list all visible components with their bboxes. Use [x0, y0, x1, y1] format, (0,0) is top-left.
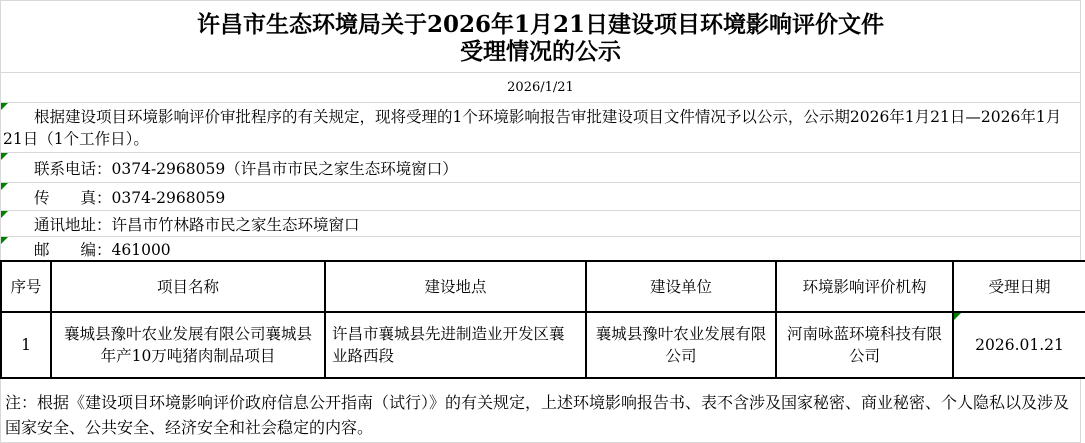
column-header-company: 建设单位 [586, 261, 776, 312]
column-header-location: 建设地点 [325, 261, 586, 312]
page-title: 许昌市生态环境局关于2026年1月21日建设项目环境影响评价文件 受理情况的公示 [1, 1, 1080, 73]
acceptance-date-text: 2026.01.21 [975, 336, 1064, 354]
green-corner-marker-icon [1, 183, 8, 190]
contact-fax-row: 传 真：0374-2968059 [1, 183, 1080, 211]
cell-location: 许昌市襄城县先进制造业开发区襄业路西段 [325, 312, 586, 378]
contact-postcode-row: 邮 编：461000 [1, 237, 1080, 260]
contact-fax-text: 传 真：0374-2968059 [34, 186, 225, 208]
column-header-eia-agency: 环境影响评价机构 [776, 261, 953, 312]
footer-note-line1: 注：根据《建设项目环境影响评价政府信息公开指南（试行）》的有关规定，上述环境影响… [5, 390, 1080, 415]
contact-phone-row: 联系电话：0374-2968059（许昌市市民之家生态环境窗口） [1, 153, 1080, 183]
cell-acceptance-date: 2026.01.21 [953, 312, 1085, 378]
intro-paragraph-line2: 21日（1个工作日）。 [3, 128, 1080, 150]
publish-date: 2026/1/21 [1, 73, 1080, 103]
cell-eia-agency: 河南咏蓝环境科技有限公司 [776, 312, 953, 378]
table-row: 1 襄城县豫叶农业发展有限公司襄城县年产10万吨猪肉制品项目 许昌市襄城县先进制… [1, 312, 1085, 378]
column-header-project-name: 项目名称 [51, 261, 325, 312]
intro-paragraph-line1: 根据建设项目环境影响评价审批程序的有关规定，现将受理的1个环境影响报告审批建设项… [3, 106, 1080, 128]
contact-phone-text: 联系电话：0374-2968059（许昌市市民之家生态环境窗口） [34, 157, 458, 179]
green-corner-marker-icon [1, 211, 8, 218]
page-title-line2: 受理情况的公示 [1, 38, 1080, 65]
page-title-line1: 许昌市生态环境局关于2026年1月21日建设项目环境影响评价文件 [1, 11, 1080, 38]
contact-address-text: 通讯地址：许昌市竹林路市民之家生态环境窗口 [34, 213, 360, 235]
column-header-acceptance-date: 受理日期 [953, 261, 1085, 312]
notice-page: 许昌市生态环境局关于2026年1月21日建设项目环境影响评价文件 受理情况的公示… [0, 0, 1085, 443]
contact-postcode-text: 邮 编：461000 [34, 238, 171, 260]
cell-project-name: 襄城县豫叶农业发展有限公司襄城县年产10万吨猪肉制品项目 [51, 312, 325, 378]
column-header-seq: 序号 [1, 261, 51, 312]
footer-note-line2: 国家安全、公共安全、经济安全和社会稳定的内容。 [5, 415, 1080, 440]
projects-table: 序号 项目名称 建设地点 建设单位 环境影响评价机构 受理日期 1 襄城县豫叶农… [0, 260, 1085, 379]
contact-address-row: 通讯地址：许昌市竹林路市民之家生态环境窗口 [1, 211, 1080, 237]
intro-paragraph: 根据建设项目环境影响评价审批程序的有关规定，现将受理的1个环境影响报告审批建设项… [1, 103, 1080, 153]
green-corner-marker-icon [1, 153, 8, 160]
green-corner-marker-icon [1, 237, 8, 244]
projects-table-header-row: 序号 项目名称 建设地点 建设单位 环境影响评价机构 受理日期 [1, 261, 1085, 312]
cell-company: 襄城县豫叶农业发展有限公司 [586, 312, 776, 378]
notice-upper-section: 许昌市生态环境局关于2026年1月21日建设项目环境影响评价文件 受理情况的公示… [0, 0, 1081, 260]
cell-seq: 1 [1, 312, 51, 378]
green-corner-marker-icon [954, 313, 961, 320]
footer-note: 注：根据《建设项目环境影响评价政府信息公开指南（试行）》的有关规定，上述环境影响… [0, 379, 1081, 443]
